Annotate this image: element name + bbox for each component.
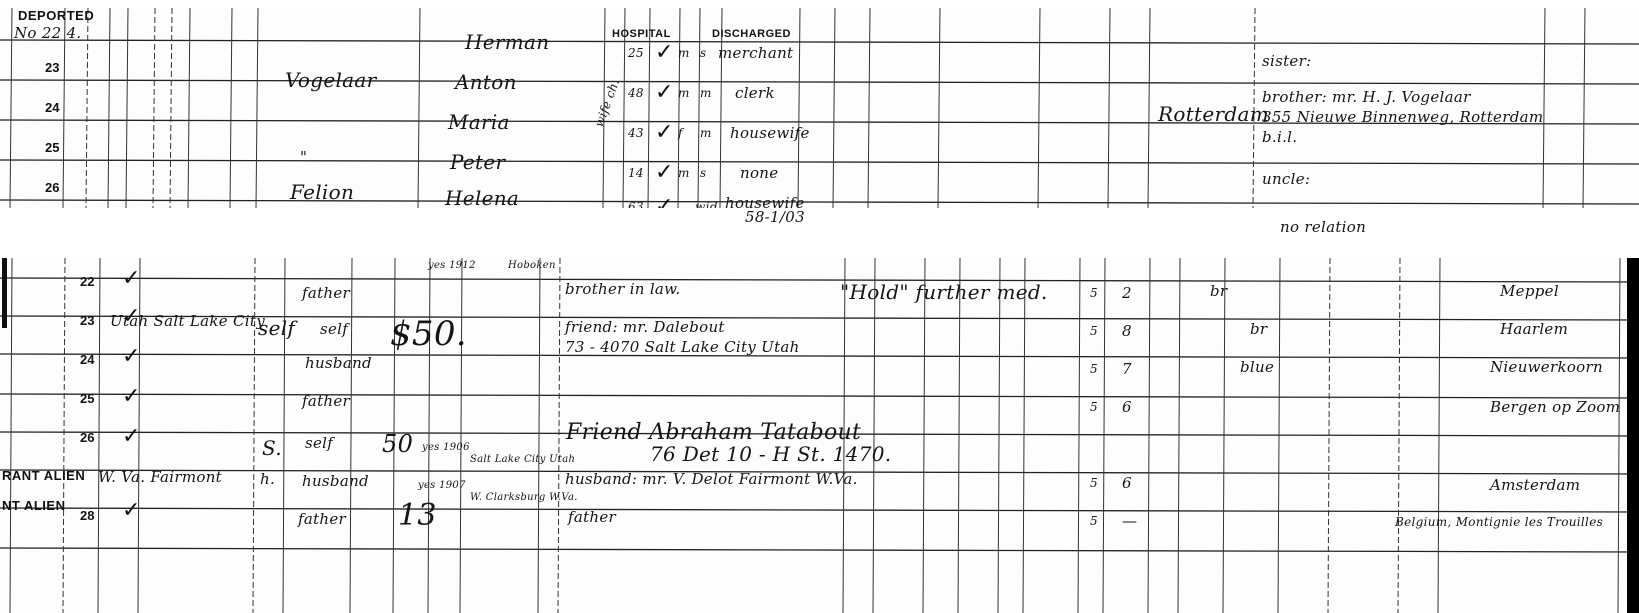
money-amount: 13	[398, 498, 437, 533]
age: 63	[628, 200, 644, 208]
given-name: Peter	[450, 150, 505, 174]
height-ft: 5	[1090, 400, 1098, 414]
check-mark-icon: ✓	[655, 162, 673, 184]
year-in-us: yes 1906	[422, 442, 470, 453]
relation-to-head: self	[320, 320, 348, 338]
sex: m	[678, 46, 690, 60]
place: Hoboken	[508, 260, 556, 271]
relation: brother: mr. H. J. Vogelaar	[1262, 88, 1471, 106]
given-name: Helena	[445, 186, 519, 208]
strip-gap	[0, 208, 1639, 258]
contact: husband: mr. V. Delot Fairmont W.Va.	[565, 470, 858, 488]
relation-to-head: father	[302, 284, 350, 302]
relation-address: 355 Nieuwe Binnenweg, Rotterdam	[1262, 108, 1543, 126]
occupation: merchant	[718, 44, 793, 62]
line-number: 26	[45, 180, 59, 195]
height-ft: 5	[1090, 476, 1098, 490]
marital: s	[700, 166, 706, 180]
line-number: 25	[80, 391, 94, 406]
line-number: 26	[80, 430, 94, 445]
marital: m	[700, 126, 712, 140]
year-in-us: yes 1912	[428, 260, 476, 271]
line-number: 24	[80, 352, 94, 367]
contact: friend: mr. Dalebout	[565, 318, 725, 336]
height-in: 6	[1122, 398, 1132, 416]
relation-to-head: husband	[305, 354, 372, 372]
age: 25	[628, 46, 644, 60]
address-line: 76 Det 10 - H St. 1470.	[650, 442, 891, 466]
birthplace: Haarlem	[1500, 320, 1568, 338]
birthplace: Belgium, Montignie les Trouilles	[1395, 514, 1625, 530]
marital: wid	[695, 200, 718, 208]
hold-annotation: "Hold" further med.	[840, 280, 1048, 304]
birthplace: Bergen op Zoom	[1490, 398, 1620, 416]
height-in: 7	[1122, 360, 1132, 378]
surname-vogelaar: Vogelaar	[285, 68, 377, 92]
deported-stamp: DEPORTED	[18, 8, 94, 23]
contact: brother in law.	[565, 280, 681, 298]
destination: Utah Salt Lake City	[110, 312, 265, 330]
manifest-strip-bottom: 22 23 24 25 26 28 RANT ALIEN NT ALIEN ✓ …	[0, 258, 1639, 613]
height-ft: 5	[1090, 286, 1098, 300]
occupation: none	[740, 164, 778, 182]
relation-to-head: father	[298, 510, 346, 528]
contact: father	[568, 508, 616, 526]
complexion: br	[1250, 320, 1267, 338]
place: W. Clarksburg W.Va.	[470, 492, 578, 503]
sex: m	[678, 166, 690, 180]
height-ft: 5	[1090, 514, 1098, 528]
sex: m	[678, 86, 690, 100]
check-mark-icon: ✓	[655, 196, 673, 208]
line-number: 22	[80, 274, 94, 289]
age: 14	[628, 166, 644, 180]
immigrant-alien-stamp: RANT ALIEN	[2, 468, 85, 483]
manifest-strip-top: DEPORTED No 22 4. HOSPITAL DISCHARGED 23…	[0, 8, 1639, 208]
destination: W. Va. Fairmont	[98, 468, 222, 486]
hospital-stamp: HOSPITAL	[612, 28, 671, 40]
scan-edge	[1627, 258, 1639, 613]
birthplace: Meppel	[1500, 282, 1559, 300]
birthplace: Nieuwerkoorn	[1490, 358, 1603, 376]
paid-by: h.	[260, 470, 275, 488]
occupation: housewife	[725, 194, 805, 208]
check-mark-icon: ✓	[655, 82, 673, 104]
check-mark-icon: ✓	[122, 346, 140, 368]
place: Salt Lake City Utah	[470, 454, 575, 465]
check-mark-icon: ✓	[122, 386, 140, 408]
age: 43	[628, 126, 644, 140]
line-number: 23	[45, 60, 59, 75]
relation-to-head: father	[302, 392, 350, 410]
residence: Rotterdam	[1158, 102, 1269, 126]
given-name: Maria	[448, 110, 510, 134]
height-ft: 5	[1090, 324, 1098, 338]
relation: uncle:	[1262, 170, 1310, 188]
money-amount: 50	[382, 430, 413, 458]
line-number: 24	[45, 100, 59, 115]
relation: b.i.l.	[1262, 128, 1297, 146]
marital: s	[700, 46, 706, 60]
age: 48	[628, 86, 644, 100]
file-number: 58-1/03	[745, 208, 805, 226]
complexion: blue	[1240, 358, 1274, 376]
corner-mark: No 22 4.	[14, 24, 82, 42]
sex: f	[678, 126, 683, 140]
surname-felion: Felion	[290, 180, 354, 204]
year-in-us: yes 1907	[418, 480, 466, 491]
check-mark-icon: ✓	[122, 500, 140, 522]
given-name: Anton	[455, 70, 517, 94]
marital: m	[700, 86, 712, 100]
height-in: —	[1122, 512, 1137, 530]
check-mark-icon: ✓	[122, 426, 140, 448]
relation-to-head: self	[305, 434, 333, 452]
check-mark-icon: ✓	[122, 268, 140, 290]
money-amount: $50.	[390, 314, 467, 354]
paid-by: self	[258, 316, 295, 340]
height-in: 6	[1122, 474, 1132, 492]
height-in: 8	[1122, 322, 1132, 340]
check-mark-icon: ✓	[655, 42, 673, 64]
occupation: housewife	[730, 124, 810, 142]
line-number: 28	[80, 508, 94, 523]
contact: 73 - 4070 Salt Lake City Utah	[565, 338, 800, 356]
scan-edge-left	[2, 258, 7, 328]
relation-to-head: husband	[302, 472, 369, 490]
line-number: 23	[80, 313, 94, 328]
occupation: clerk	[735, 84, 775, 102]
immigrant-alien-stamp: NT ALIEN	[2, 498, 65, 513]
no-relation-note: no relation	[1280, 218, 1366, 236]
birthplace: Amsterdam	[1490, 476, 1580, 494]
height-ft: 5	[1090, 362, 1098, 376]
paid-by: S.	[262, 436, 282, 460]
given-name: Herman	[465, 30, 549, 54]
height-in: 2	[1122, 284, 1132, 302]
complexion: br	[1210, 282, 1227, 300]
surname-ditto: "	[300, 148, 307, 166]
check-mark-icon: ✓	[655, 122, 673, 144]
line-number: 25	[45, 140, 59, 155]
discharged-stamp: DISCHARGED	[712, 28, 791, 40]
relation: sister:	[1262, 52, 1311, 70]
